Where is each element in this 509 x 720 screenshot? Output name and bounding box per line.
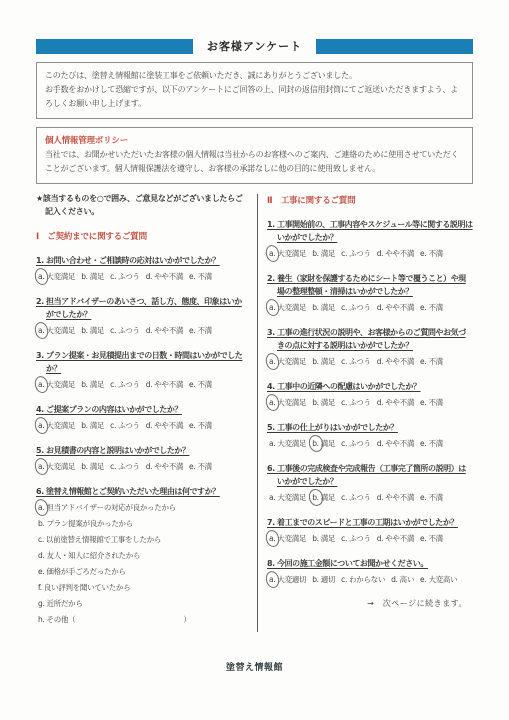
option-letter: d. bbox=[377, 533, 384, 544]
column-divider bbox=[257, 194, 258, 632]
option-d[interactable]: d.やや不満 bbox=[377, 397, 414, 408]
option-b[interactable]: b.満足 bbox=[81, 461, 104, 472]
option-letter: a. bbox=[269, 438, 275, 449]
option-label: やや不満 bbox=[385, 534, 414, 543]
option-label: ふつう bbox=[118, 380, 140, 389]
option-label: その他（ ） bbox=[47, 615, 191, 624]
option-letter: c. bbox=[341, 302, 347, 313]
option-b[interactable]: b.満足 bbox=[81, 271, 104, 282]
selected-circle-mark: a. bbox=[38, 461, 44, 472]
option-letter: d. bbox=[146, 461, 153, 472]
option-c[interactable]: c.ふつう bbox=[341, 492, 371, 503]
option-letter: d. bbox=[146, 379, 153, 390]
option-c[interactable]: c.ふつう bbox=[110, 379, 140, 390]
option-d[interactable]: d.やや不満 bbox=[377, 356, 414, 367]
option-e[interactable]: e.不満 bbox=[189, 461, 212, 472]
question-2-4: 4. 工事中の近隣への配慮はいかがでしたか？a.大変満足b.満足c.ふつうd.や… bbox=[267, 380, 473, 408]
question-text: 4. ご提案プランの内容はいかがでしたか？ bbox=[36, 403, 248, 416]
option-letter: b. bbox=[81, 420, 88, 431]
option-label: ふつう bbox=[349, 249, 371, 258]
option-letter: d. bbox=[391, 574, 398, 585]
option-letter: d. bbox=[377, 492, 384, 503]
option-label: 担当アドバイザーの対応が良かったから bbox=[46, 503, 175, 512]
option-label: わからない bbox=[349, 575, 385, 584]
question-text: 2. 養生（家財を保護するためにシート等で覆うこと）や現場の整理整頓・清掃はいか… bbox=[267, 272, 473, 298]
option-a[interactable]: a.大変満足 bbox=[38, 461, 75, 472]
answer-options: a.大変満足b.満足c.ふつうd.やや不満e.不満 bbox=[267, 248, 473, 259]
option-c[interactable]: c.ふつう bbox=[341, 533, 371, 544]
greeting-line-2: お手数をおかけして恐縮ですが、以下のアンケートにご回答の上、同封の返信用封筒にて… bbox=[45, 83, 464, 111]
option-letter: b. bbox=[312, 397, 319, 408]
option-label: 大変満足 bbox=[277, 439, 306, 448]
option-e[interactable]: e.不満 bbox=[420, 492, 443, 503]
option-c[interactable]: c.ふつう bbox=[110, 271, 140, 282]
question-text: 5. お見積書の内容と説明はいかがでしたか？ bbox=[36, 444, 248, 457]
option-d[interactable]: d.やや不満 bbox=[146, 271, 183, 282]
option-label: 満足 bbox=[90, 272, 104, 281]
questions-contract: Ⅰ ご契約までに関するご質問1. お問い合わせ・ご相談時の応対はいかがでしたか？… bbox=[36, 230, 248, 625]
option-letter: d. bbox=[377, 248, 384, 259]
option-label: 良い評判を聞いていたから bbox=[44, 583, 130, 592]
option-b[interactable]: b.満足 bbox=[312, 248, 335, 259]
answer-options: a.大変満足b.満足c.ふつうd.やや不満e.不満 bbox=[36, 420, 248, 431]
option-a[interactable]: a.大変満足 bbox=[269, 397, 306, 408]
option-letter: e. bbox=[420, 356, 426, 367]
option-label: やや不満 bbox=[154, 380, 183, 389]
option-b[interactable]: b.満足 bbox=[312, 533, 335, 544]
answer-options: a.大変満足b.満足c.ふつうd.やや不満e.不満 bbox=[267, 533, 473, 544]
option-letter: d. bbox=[377, 438, 384, 449]
column-construction-questions: Ⅱ 工事に関するご質問1. 工事開始前の、工事内容やスケジュール等に関する説明は… bbox=[267, 192, 473, 638]
option-label: プラン提案が良かったから bbox=[47, 519, 133, 528]
option-letter: c. bbox=[341, 533, 347, 544]
option-e[interactable]: e.不満 bbox=[420, 438, 443, 449]
option-a[interactable]: a.大変満足 bbox=[38, 420, 75, 431]
selected-circle-mark: a. bbox=[269, 574, 275, 585]
selected-circle-mark: a. bbox=[269, 397, 275, 408]
option-letter: e. bbox=[420, 397, 426, 408]
option-letter: e. bbox=[189, 271, 195, 282]
option-b[interactable]: b.満足 bbox=[312, 492, 335, 503]
section-heading-1: Ⅰ ご契約までに関するご質問 bbox=[36, 230, 248, 242]
option-letter: b. bbox=[38, 518, 45, 529]
privacy-policy-body: 当社では、お聞かせいただいたお客様の個人情報は当社からのお客様へのご案内、ご連絡… bbox=[45, 148, 464, 176]
option-c[interactable]: c.ふつう bbox=[110, 420, 140, 431]
option-a[interactable]: a.大変満足 bbox=[269, 356, 306, 367]
option-letter: g. bbox=[38, 598, 45, 609]
question-text: 1. お問い合わせ・ご相談時の応対はいかがでしたか？ bbox=[36, 254, 248, 267]
selected-circle-mark: b. bbox=[312, 492, 319, 503]
option-a[interactable]: a.大変満足 bbox=[38, 379, 75, 390]
option-letter: e. bbox=[420, 248, 426, 259]
option-letter: b. bbox=[81, 379, 88, 390]
option-label: 満足 bbox=[321, 357, 335, 366]
option-f[interactable]: f.良い評判を聞いていたから bbox=[38, 582, 248, 593]
option-label: 大変満足 bbox=[46, 272, 75, 281]
option-letter: c. bbox=[341, 397, 347, 408]
option-b[interactable]: b.満足 bbox=[312, 397, 335, 408]
option-label: 満足 bbox=[90, 380, 104, 389]
answer-options: a.大変満足b.満足c.ふつうd.やや不満e.不満 bbox=[267, 302, 473, 313]
option-letter: b. bbox=[312, 356, 319, 367]
option-letter: e. bbox=[189, 325, 195, 336]
answer-options: a.担当アドバイザーの対応が良かったからb.プラン提案が良かったからc.以前塗替… bbox=[36, 502, 248, 625]
option-label: 近所だから bbox=[47, 599, 83, 608]
option-d[interactable]: d.高い bbox=[391, 574, 414, 585]
selected-circle-mark: a. bbox=[38, 502, 44, 513]
option-c[interactable]: c.ふつう bbox=[341, 397, 371, 408]
option-letter: c. bbox=[38, 534, 44, 545]
company-name-footer: 塗替え情報館 bbox=[0, 660, 509, 673]
page-header: お客様アンケート bbox=[36, 38, 473, 54]
option-e[interactable]: e.不満 bbox=[420, 356, 443, 367]
option-letter: c. bbox=[341, 438, 347, 449]
option-letter: b. bbox=[81, 325, 88, 336]
question-text: 7. 着工までのスピードと工事の工期はいかがでしたか？ bbox=[267, 516, 473, 529]
option-a[interactable]: a.大変満足 bbox=[269, 302, 306, 313]
question-1-6: 6. 塗替え情報館とご契約いただいた理由は何ですか？a.担当アドバイザーの対応が… bbox=[36, 485, 248, 625]
option-a[interactable]: a.大変適切 bbox=[269, 574, 306, 585]
option-c[interactable]: c.ふつう bbox=[341, 302, 371, 313]
option-label: 不満 bbox=[428, 439, 442, 448]
option-b[interactable]: b.満足 bbox=[312, 356, 335, 367]
option-a[interactable]: a.大変満足 bbox=[269, 533, 306, 544]
option-label: ふつう bbox=[118, 272, 140, 281]
option-e[interactable]: e.大変高い bbox=[420, 574, 457, 585]
question-2-2: 2. 養生（家財を保護するためにシート等で覆うこと）や現場の整理整頓・清掃はいか… bbox=[267, 272, 473, 313]
option-label: やや不満 bbox=[385, 439, 414, 448]
option-label: 大変満足 bbox=[277, 534, 306, 543]
option-d[interactable]: d.やや不満 bbox=[146, 420, 183, 431]
option-c[interactable]: c.わからない bbox=[341, 574, 385, 585]
option-letter: c. bbox=[110, 420, 116, 431]
option-letter: c. bbox=[110, 325, 116, 336]
option-letter: e. bbox=[189, 379, 195, 390]
question-2-1: 1. 工事開始前の、工事内容やスケジュール等に関する説明はいかがでしたか？a.大… bbox=[267, 218, 473, 259]
option-label: 満足 bbox=[90, 421, 104, 430]
option-label: やや不満 bbox=[385, 303, 414, 312]
option-label: 不満 bbox=[428, 493, 442, 502]
option-letter: c. bbox=[110, 379, 116, 390]
option-label: 友人・知人に紹介されたから bbox=[47, 551, 141, 560]
option-letter: b. bbox=[312, 533, 319, 544]
option-label: やや不満 bbox=[154, 462, 183, 471]
option-label: ふつう bbox=[118, 421, 140, 430]
selected-circle-mark: a. bbox=[269, 248, 275, 259]
question-text: 8. 今回の施工金額についてお聞かせください。 bbox=[267, 557, 473, 570]
option-label: 満足 bbox=[321, 534, 335, 543]
option-e[interactable]: e.不満 bbox=[420, 533, 443, 544]
option-letter: e. bbox=[420, 574, 426, 585]
option-d[interactable]: d.やや不満 bbox=[146, 379, 183, 390]
option-label: ふつう bbox=[118, 326, 140, 335]
answer-options: a.大変満足b.満足c.ふつうd.やや不満e.不満 bbox=[267, 438, 473, 449]
question-text: 4. 工事中の近隣への配慮はいかがでしたか？ bbox=[267, 380, 473, 393]
option-label: 不満 bbox=[428, 357, 442, 366]
option-c[interactable]: c.ふつう bbox=[341, 438, 371, 449]
option-d[interactable]: d.友人・知人に紹介されたから bbox=[38, 550, 248, 561]
option-letter: b. bbox=[312, 302, 319, 313]
option-c[interactable]: c.以前塗替え情報館で工事をしたから bbox=[38, 534, 248, 545]
option-letter: c. bbox=[341, 356, 347, 367]
selected-circle-mark: b. bbox=[312, 438, 319, 449]
option-label: ふつう bbox=[349, 398, 371, 407]
option-letter: c. bbox=[341, 248, 347, 259]
option-label: やや不満 bbox=[154, 326, 183, 335]
page-title: お客様アンケート bbox=[207, 38, 302, 54]
option-label: 大変満足 bbox=[277, 398, 306, 407]
option-label: 不満 bbox=[428, 534, 442, 543]
greeting-line-1: このたびは、塗替え情報館に塗装工事をご依頼いただき、誠にありがとうございました。 bbox=[45, 69, 464, 83]
option-letter: f. bbox=[38, 582, 42, 593]
option-b[interactable]: b.満足 bbox=[81, 325, 104, 336]
column-contract-questions: ★該当するものを○で囲み、ご意見などがございましたらご記入ください。 Ⅰ ご契約… bbox=[36, 192, 248, 638]
option-c[interactable]: c.ふつう bbox=[341, 248, 371, 259]
question-2-3: 3. 工事の進行状況の説明や、お客様からのご質問やお気づきの点に対する説明はいか… bbox=[267, 326, 473, 367]
option-b[interactable]: b.プラン提案が良かったから bbox=[38, 518, 248, 529]
option-d[interactable]: d.やや不満 bbox=[377, 302, 414, 313]
answer-options: a.大変満足b.満足c.ふつうd.やや不満e.不満 bbox=[267, 492, 473, 503]
option-label: ふつう bbox=[349, 534, 371, 543]
question-text: 5. 工事の仕上がりはいかがでしたか？ bbox=[267, 421, 473, 434]
option-letter: c. bbox=[341, 492, 347, 503]
selected-circle-mark: a. bbox=[269, 356, 275, 367]
option-a[interactable]: a.担当アドバイザーの対応が良かったから bbox=[38, 502, 248, 513]
selected-circle-mark: a. bbox=[38, 420, 44, 431]
option-c[interactable]: c.ふつう bbox=[110, 325, 140, 336]
option-label: やや不満 bbox=[385, 398, 414, 407]
option-label: 大変満足 bbox=[277, 357, 306, 366]
option-label: 大変満足 bbox=[277, 493, 306, 502]
option-label: 不満 bbox=[197, 272, 211, 281]
option-g[interactable]: g.近所だから bbox=[38, 598, 248, 609]
option-label: 不満 bbox=[197, 462, 211, 471]
option-e[interactable]: e.不満 bbox=[189, 420, 212, 431]
option-letter: d. bbox=[377, 397, 384, 408]
option-b[interactable]: b.満足 bbox=[81, 379, 104, 390]
greeting-box: このたびは、塗替え情報館に塗装工事をご依頼いただき、誠にありがとうございました。… bbox=[36, 62, 473, 119]
answer-options: a.大変満足b.満足c.ふつうd.やや不満e.不満 bbox=[36, 271, 248, 282]
option-letter: c. bbox=[341, 574, 347, 585]
option-b[interactable]: b.満足 bbox=[312, 302, 335, 313]
option-a[interactable]: a.大変満足 bbox=[269, 438, 306, 449]
option-letter: a. bbox=[269, 492, 275, 503]
selected-circle-mark: a. bbox=[38, 379, 44, 390]
option-d[interactable]: d.やや不満 bbox=[377, 248, 414, 259]
option-label: ふつう bbox=[349, 439, 371, 448]
survey-page: お客様アンケート このたびは、塗替え情報館に塗装工事をご依頼いただき、誠にありが… bbox=[0, 0, 509, 720]
answer-options: a.大変適切b.適切c.わからないd.高いe.大変高い bbox=[267, 574, 473, 585]
survey-body: ★該当するものを○で囲み、ご意見などがございましたらご記入ください。 Ⅰ ご契約… bbox=[36, 192, 473, 638]
option-d[interactable]: d.やや不満 bbox=[377, 533, 414, 544]
answer-options: a.大変満足b.満足c.ふつうd.やや不満e.不満 bbox=[36, 325, 248, 336]
option-label: 大変満足 bbox=[46, 421, 75, 430]
answer-options: a.大変満足b.満足c.ふつうd.やや不満e.不満 bbox=[267, 397, 473, 408]
option-b[interactable]: b.満足 bbox=[81, 420, 104, 431]
option-label: 価格が手ごろだったから bbox=[46, 567, 125, 576]
option-label: 満足 bbox=[321, 303, 335, 312]
selected-circle-mark: a. bbox=[269, 533, 275, 544]
option-b[interactable]: b.適切 bbox=[312, 574, 335, 585]
option-e[interactable]: e.不満 bbox=[420, 248, 443, 259]
option-c[interactable]: c.ふつう bbox=[110, 461, 140, 472]
option-e[interactable]: e.不満 bbox=[189, 379, 212, 390]
option-letter: e. bbox=[420, 533, 426, 544]
option-letter: c. bbox=[110, 271, 116, 282]
header-bar-right bbox=[316, 39, 473, 54]
instruction-text: ★該当するものを○で囲み、ご意見などがございましたらご記入ください。 bbox=[36, 192, 248, 218]
option-letter: e. bbox=[38, 566, 44, 577]
option-letter: d. bbox=[146, 271, 153, 282]
option-label: やや不満 bbox=[385, 493, 414, 502]
questions-construction: Ⅱ 工事に関するご質問1. 工事開始前の、工事内容やスケジュール等に関する説明は… bbox=[267, 194, 473, 585]
option-letter: b. bbox=[312, 574, 319, 585]
question-1-1: 1. お問い合わせ・ご相談時の応対はいかがでしたか？a.大変満足b.満足c.ふつ… bbox=[36, 254, 248, 282]
option-d[interactable]: d.やや不満 bbox=[146, 325, 183, 336]
option-letter: e. bbox=[420, 438, 426, 449]
option-letter: e. bbox=[420, 302, 426, 313]
option-letter: e. bbox=[189, 420, 195, 431]
question-1-5: 5. お見積書の内容と説明はいかがでしたか？a.大変満足b.満足c.ふつうd.や… bbox=[36, 444, 248, 472]
option-label: 大変満足 bbox=[277, 303, 306, 312]
question-text: 6. 工事後の完成検査や完成報告（工事完了箇所の説明）はいかがでしたか？ bbox=[267, 462, 473, 488]
option-label: 満足 bbox=[90, 462, 104, 471]
selected-circle-mark: a. bbox=[38, 271, 44, 282]
option-label: 適切 bbox=[321, 575, 335, 584]
option-a[interactable]: a.大変満足 bbox=[269, 248, 306, 259]
option-letter: b. bbox=[312, 248, 319, 259]
option-b[interactable]: b.満足 bbox=[312, 438, 335, 449]
question-2-5: 5. 工事の仕上がりはいかがでしたか？a.大変満足b.満足c.ふつうd.やや不満… bbox=[267, 421, 473, 449]
option-label: ふつう bbox=[118, 462, 140, 471]
option-label: ふつう bbox=[349, 493, 371, 502]
option-e[interactable]: e.不満 bbox=[189, 271, 212, 282]
question-text: 2. 担当アドバイザーのあいさつ、話し方、態度、印象はいかがでしたか？ bbox=[36, 295, 248, 321]
question-1-3: 3. プラン提案・お見積提出までの日数・時間はいかがでしたか？a.大変満足b.満… bbox=[36, 349, 248, 390]
question-2-6: 6. 工事後の完成検査や完成報告（工事完了箇所の説明）はいかがでしたか？a.大変… bbox=[267, 462, 473, 503]
option-letter: d. bbox=[377, 356, 384, 367]
question-text: 3. 工事の進行状況の説明や、お客様からのご質問やお気づきの点に対する説明はいか… bbox=[267, 326, 473, 352]
option-letter: b. bbox=[81, 461, 88, 472]
option-label: 満足 bbox=[321, 249, 335, 258]
option-label: やや不満 bbox=[385, 249, 414, 258]
option-c[interactable]: c.ふつう bbox=[341, 356, 371, 367]
privacy-policy-box: 個人情報管理ポリシー 当社では、お聞かせいただいたお客様の個人情報は当社からのお… bbox=[36, 127, 473, 184]
option-letter: d. bbox=[377, 302, 384, 313]
continue-note: → 次ページに続きます。 bbox=[267, 598, 473, 609]
option-letter: d. bbox=[146, 325, 153, 336]
option-label: やや不満 bbox=[385, 357, 414, 366]
option-letter: e. bbox=[189, 461, 195, 472]
option-e[interactable]: e.不満 bbox=[189, 325, 212, 336]
option-label: やや不満 bbox=[154, 272, 183, 281]
option-label: 不満 bbox=[197, 421, 211, 430]
option-label: 不満 bbox=[197, 326, 211, 335]
question-text: 6. 塗替え情報館とご契約いただいた理由は何ですか？ bbox=[36, 485, 248, 498]
option-a[interactable]: a.大変満足 bbox=[38, 325, 75, 336]
option-letter: b. bbox=[81, 271, 88, 282]
option-label: 大変満足 bbox=[46, 462, 75, 471]
option-label: 大変満足 bbox=[46, 326, 75, 335]
option-letter: e. bbox=[420, 492, 426, 503]
selected-circle-mark: a. bbox=[269, 302, 275, 313]
answer-options: a.大変満足b.満足c.ふつうd.やや不満e.不満 bbox=[36, 461, 248, 472]
option-a[interactable]: a.大変満足 bbox=[269, 492, 306, 503]
option-label: 大変高い bbox=[428, 575, 457, 584]
option-label: 大変適切 bbox=[277, 575, 306, 584]
option-h[interactable]: h.その他（ ） bbox=[38, 614, 248, 625]
selected-circle-mark: a. bbox=[38, 325, 44, 336]
option-e[interactable]: e.不満 bbox=[420, 302, 443, 313]
option-label: 不満 bbox=[428, 303, 442, 312]
option-label: 満足 bbox=[321, 398, 335, 407]
section-heading-2: Ⅱ 工事に関するご質問 bbox=[267, 194, 473, 206]
option-a[interactable]: a.大変満足 bbox=[38, 271, 75, 282]
answer-options: a.大変満足b.満足c.ふつうd.やや不満e.不満 bbox=[267, 356, 473, 367]
option-label: 大変満足 bbox=[277, 249, 306, 258]
option-label: ふつう bbox=[349, 357, 371, 366]
option-letter: h. bbox=[38, 614, 45, 625]
question-2-7: 7. 着工までのスピードと工事の工期はいかがでしたか？a.大変満足b.満足c.ふ… bbox=[267, 516, 473, 544]
question-2-8: 8. 今回の施工金額についてお聞かせください。a.大変適切b.適切c.わからない… bbox=[267, 557, 473, 585]
option-letter: d. bbox=[146, 420, 153, 431]
question-1-4: 4. ご提案プランの内容はいかがでしたか？a.大変満足b.満足c.ふつうd.やや… bbox=[36, 403, 248, 431]
option-e[interactable]: e.価格が手ごろだったから bbox=[38, 566, 248, 577]
option-letter: c. bbox=[110, 461, 116, 472]
option-d[interactable]: d.やや不満 bbox=[146, 461, 183, 472]
question-1-2: 2. 担当アドバイザーのあいさつ、話し方、態度、印象はいかがでしたか？a.大変満… bbox=[36, 295, 248, 336]
option-label: 満足 bbox=[90, 326, 104, 335]
option-label: ふつう bbox=[349, 303, 371, 312]
option-label: 高い bbox=[400, 575, 414, 584]
option-label: 不満 bbox=[197, 380, 211, 389]
option-d[interactable]: d.やや不満 bbox=[377, 492, 414, 503]
option-e[interactable]: e.不満 bbox=[420, 397, 443, 408]
header-bar-left bbox=[36, 39, 193, 54]
option-letter: d. bbox=[38, 550, 45, 561]
answer-options: a.大変満足b.満足c.ふつうd.やや不満e.不満 bbox=[36, 379, 248, 390]
option-label: 不満 bbox=[428, 398, 442, 407]
option-label: 大変満足 bbox=[46, 380, 75, 389]
option-d[interactable]: d.やや不満 bbox=[377, 438, 414, 449]
question-text: 1. 工事開始前の、工事内容やスケジュール等に関する説明はいかがでしたか？ bbox=[267, 218, 473, 244]
option-label: 以前塗替え情報館で工事をしたから bbox=[46, 535, 161, 544]
option-label: やや不満 bbox=[154, 421, 183, 430]
question-text: 3. プラン提案・お見積提出までの日数・時間はいかがでしたか？ bbox=[36, 349, 248, 375]
option-label: 不満 bbox=[428, 249, 442, 258]
privacy-policy-title: 個人情報管理ポリシー bbox=[45, 134, 464, 146]
